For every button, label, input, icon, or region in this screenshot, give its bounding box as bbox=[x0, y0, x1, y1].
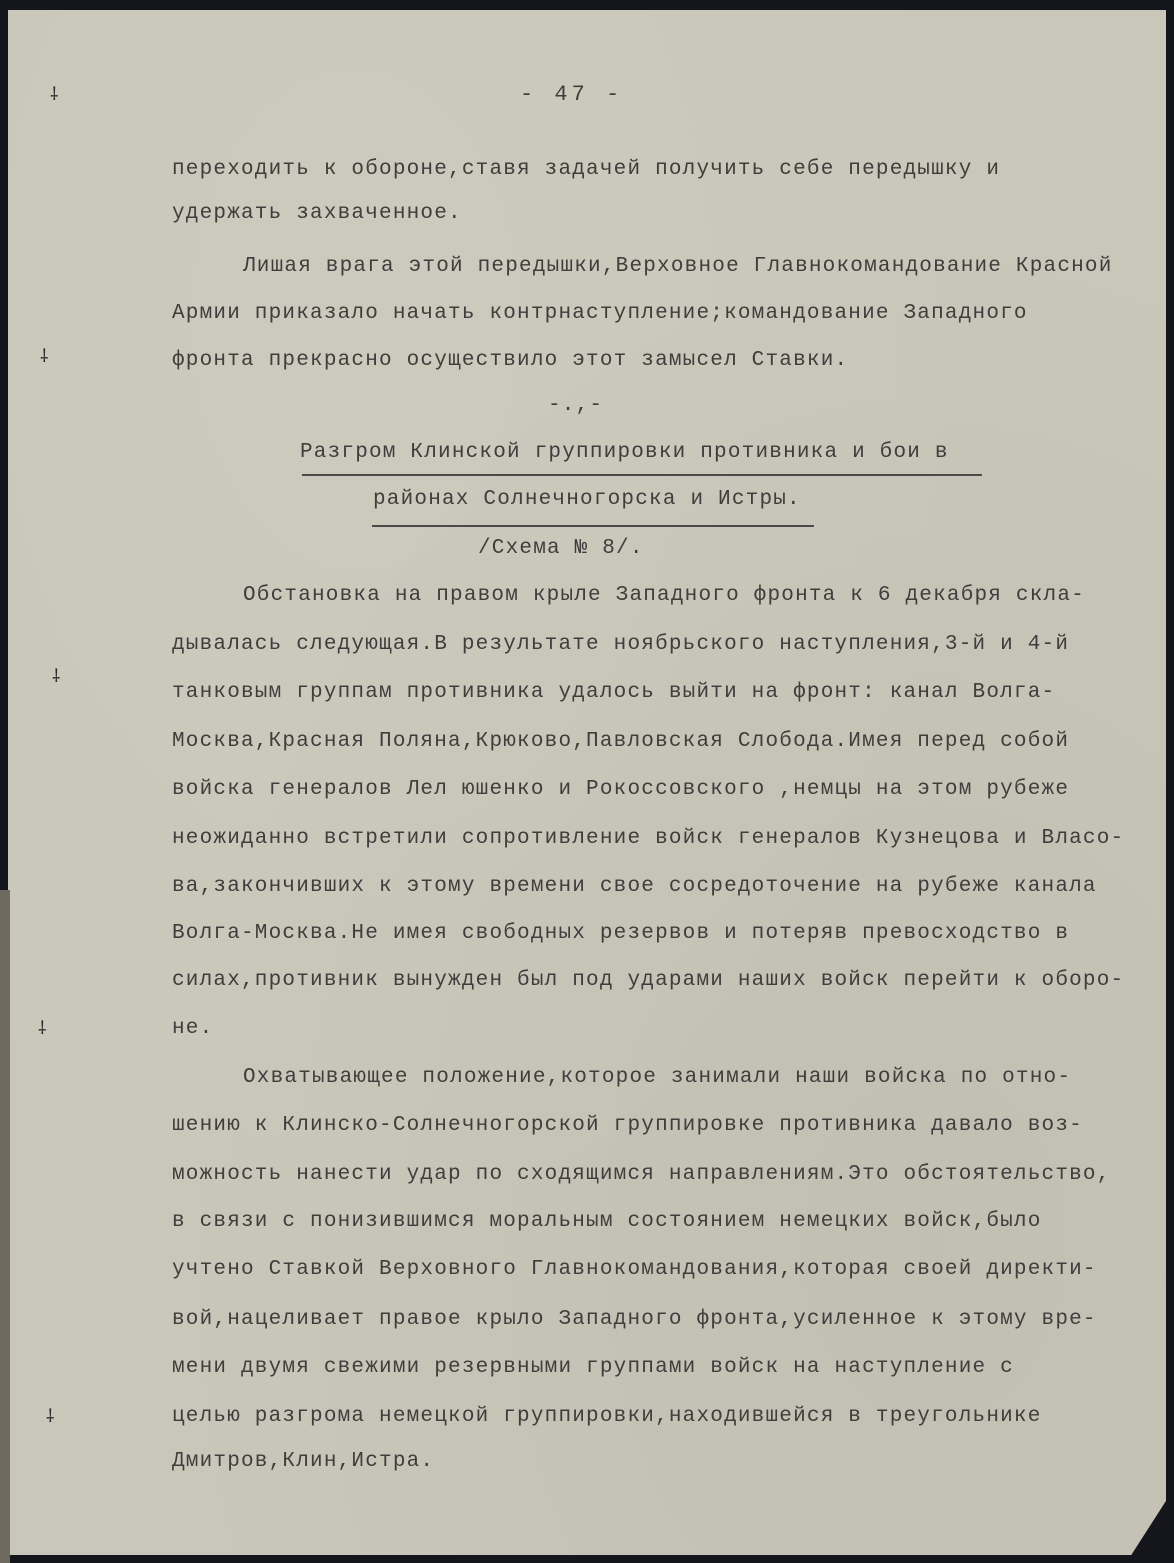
text-line: Волга-Москва.Не имея свободных резервов … bbox=[172, 922, 1069, 945]
text-line: Лишая врага этой передышки,Верховное Гла… bbox=[243, 255, 1113, 278]
text-line: Дмитров,Клин,Истра. bbox=[172, 1450, 434, 1473]
punch-hole-icon: ⸸ bbox=[50, 88, 64, 102]
section-title-line-2: районах Солнечногорска и Истры. bbox=[373, 488, 801, 511]
title-underline bbox=[302, 474, 982, 476]
punch-hole-icon: ⸸ bbox=[38, 1022, 52, 1036]
text-line: переходить к обороне,ставя задачей получ… bbox=[172, 158, 1000, 181]
text-line: Охватывающее положение,которое занимали … bbox=[243, 1066, 1071, 1089]
text-line: учтено Ставкой Верховного Главнокомандов… bbox=[172, 1258, 1097, 1281]
text-line: дывалась следующая.В результате ноябрьск… bbox=[172, 633, 1069, 656]
text-line: удержать захваченное. bbox=[172, 202, 462, 225]
text-line: фронта прекрасно осуществило этот замысе… bbox=[172, 349, 848, 372]
text-line: Москва,Красная Поляна,Крюково,Павловская… bbox=[172, 730, 1069, 753]
text-line: Обстановка на правом крыле Западного фро… bbox=[243, 584, 1085, 607]
text-line: шению к Клинско-Солнечногорской группиро… bbox=[172, 1114, 1083, 1137]
text-line: можность нанести удар по сходящимся напр… bbox=[172, 1163, 1111, 1186]
text-line: мени двумя свежими резервными группами в… bbox=[172, 1356, 1014, 1379]
title-underline bbox=[372, 525, 814, 527]
page-number: - 47 - bbox=[520, 82, 623, 107]
punch-hole-icon: ⸸ bbox=[46, 1410, 60, 1424]
text-line: ва,закончивших к этому времени свое соср… bbox=[172, 875, 1097, 898]
text-line: неожиданно встретили сопротивление войск… bbox=[172, 827, 1124, 850]
section-divider: -.,- bbox=[548, 394, 603, 417]
text-line: вой,нацеливает правое крыло Западного фр… bbox=[172, 1308, 1097, 1331]
punch-hole-icon: ⸸ bbox=[52, 670, 66, 684]
text-line: в связи с понизившимся моральным состоян… bbox=[172, 1210, 1042, 1233]
text-line: войска генералов Лел юшенко и Рокоссовск… bbox=[172, 778, 1069, 801]
text-line: танковым группам противника удалось выйт… bbox=[172, 681, 1055, 704]
scheme-reference: /Схема № 8/. bbox=[478, 537, 644, 560]
text-line: целью разгрома немецкой группировки,нахо… bbox=[172, 1405, 1042, 1428]
scan-edge-strip bbox=[0, 890, 10, 1563]
text-line: силах,противник вынужден был под ударами… bbox=[172, 969, 1124, 992]
text-line: не. bbox=[172, 1017, 213, 1040]
section-title-line-1: Разгром Клинской группировки противника … bbox=[300, 441, 949, 464]
text-line: Армии приказало начать контрнаступление;… bbox=[172, 302, 1028, 325]
punch-hole-icon: ⸸ bbox=[40, 350, 54, 364]
